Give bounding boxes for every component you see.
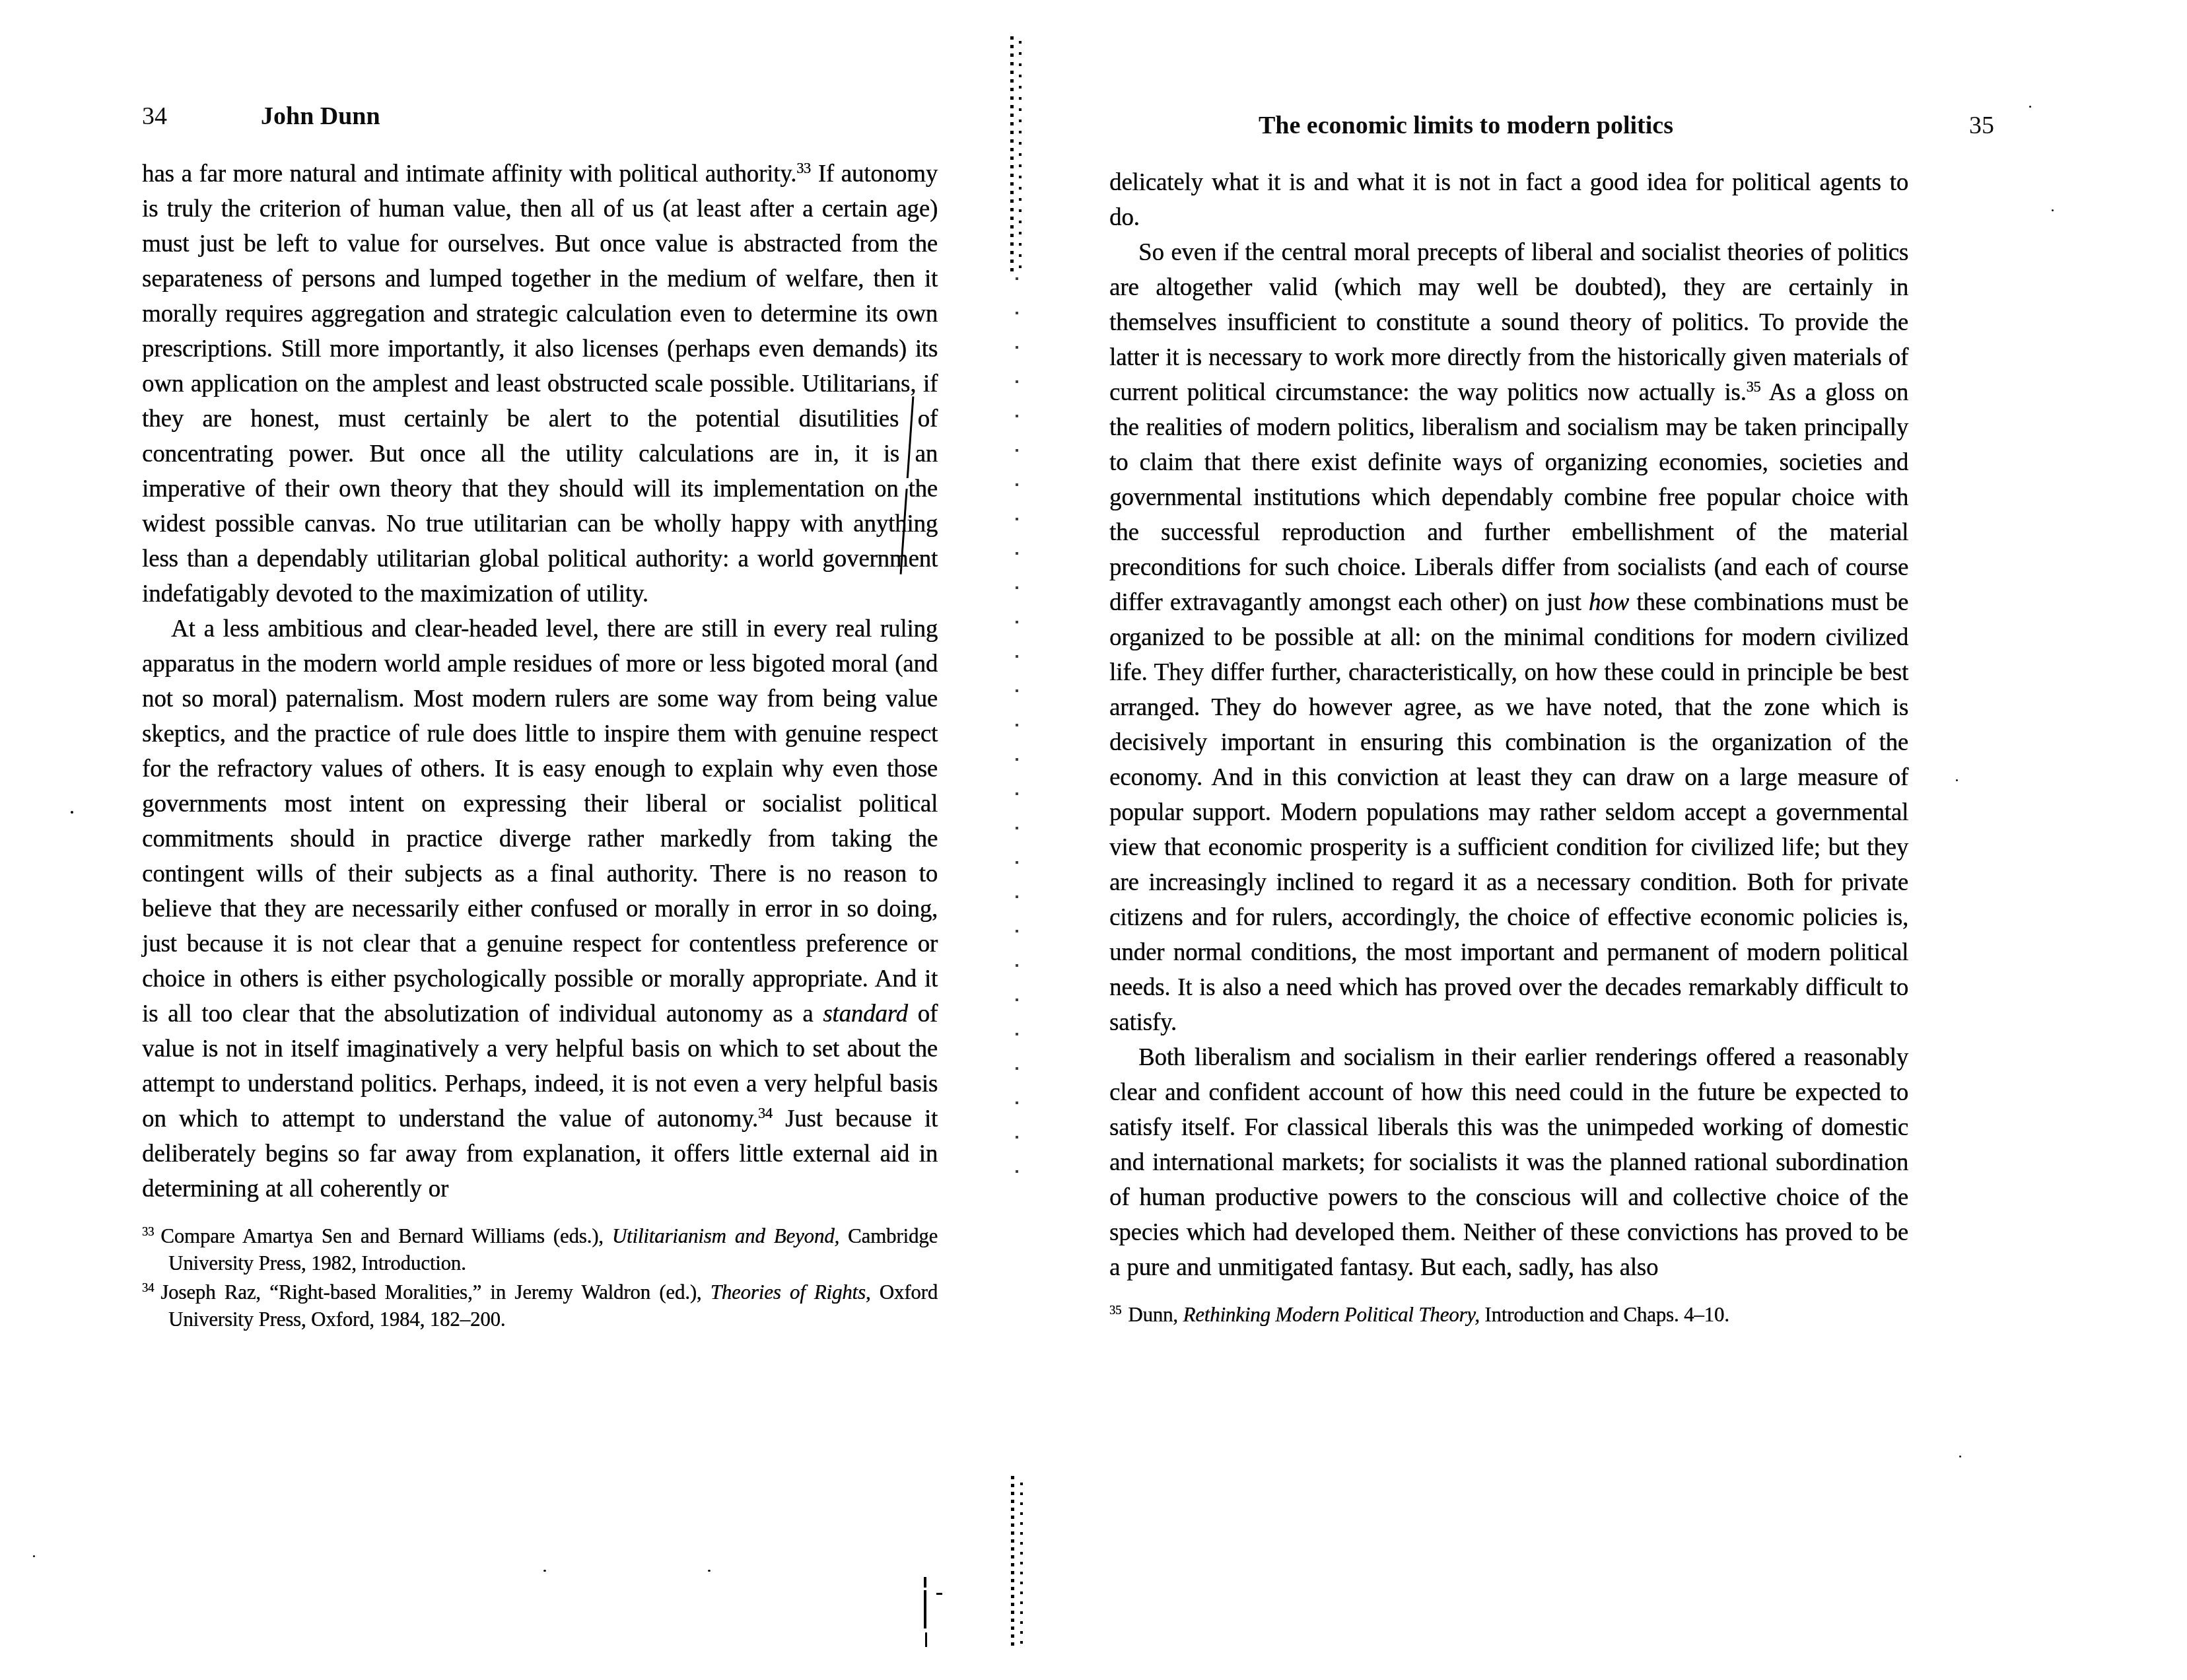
dust-speck — [1959, 1455, 1961, 1457]
dust-speck — [33, 1555, 35, 1557]
right-page-footnotes: 35Dunn, Rethinking Modern Political Theo… — [1109, 1301, 1908, 1328]
footnote-text: Compare Amartya Sen and Bernard Williams… — [160, 1224, 938, 1275]
dust-speck — [543, 1570, 546, 1572]
pen-stroke-artifact — [925, 1632, 927, 1647]
dust-speck — [708, 1570, 711, 1572]
running-head: John Dunn — [261, 102, 380, 130]
footnote-marker: 33 — [142, 1225, 154, 1239]
footnote: 33Compare Amartya Sen and Bernard Willia… — [142, 1222, 938, 1277]
footnote-text: Joseph Raz, “Right-based Moralities,” in… — [160, 1280, 938, 1331]
binding-fold-noise — [1011, 1476, 1014, 1649]
page-number: 35 — [1969, 108, 1994, 143]
left-page: 34John Dunn has a far more natural and i… — [142, 99, 938, 1335]
binding-fold-noise — [1016, 277, 1018, 1195]
dust-speck — [2052, 209, 2054, 211]
binding-fold-noise — [1019, 41, 1022, 269]
pen-stroke-artifact — [924, 1577, 926, 1628]
left-page-body: has a far more natural and intimate affi… — [142, 157, 938, 1207]
right-page-header: The economic limits to modern politics 3… — [1109, 108, 1908, 143]
footnote: 34Joseph Raz, “Right-based Moralities,” … — [142, 1278, 938, 1333]
paragraph: Both liberalism and socialism in their e… — [1109, 1040, 1908, 1285]
binding-fold-noise — [1010, 36, 1014, 274]
pen-stroke-artifact — [936, 1593, 942, 1595]
dust-speck — [2029, 106, 2031, 108]
scanned-book-spread: { "page_left": { "page_number": "34", "r… — [0, 0, 2187, 1680]
paragraph: So even if the central moral precepts of… — [1109, 235, 1908, 1040]
running-head: The economic limits to modern politics — [1259, 112, 1673, 139]
right-page: The economic limits to modern politics 3… — [1109, 99, 1908, 1330]
paragraph: has a far more natural and intimate affi… — [142, 157, 938, 612]
footnote-text: Dunn, Rethinking Modern Political Theory… — [1128, 1303, 1729, 1326]
dust-speck — [1956, 779, 1958, 781]
page-number: 34 — [142, 102, 167, 130]
left-page-header: 34John Dunn — [142, 99, 938, 134]
left-page-footnotes: 33Compare Amartya Sen and Bernard Willia… — [142, 1222, 938, 1333]
footnote-marker: 34 — [142, 1281, 154, 1295]
right-page-body: delicately what it is and what it is not… — [1109, 165, 1908, 1285]
binding-fold-noise — [1020, 1483, 1023, 1648]
dust-speck — [71, 811, 73, 814]
paragraph: At a less ambitious and clear-headed lev… — [142, 612, 938, 1207]
footnote: 35Dunn, Rethinking Modern Political Theo… — [1109, 1301, 1908, 1328]
footnote-marker: 35 — [1109, 1304, 1121, 1317]
paragraph: delicately what it is and what it is not… — [1109, 165, 1908, 235]
